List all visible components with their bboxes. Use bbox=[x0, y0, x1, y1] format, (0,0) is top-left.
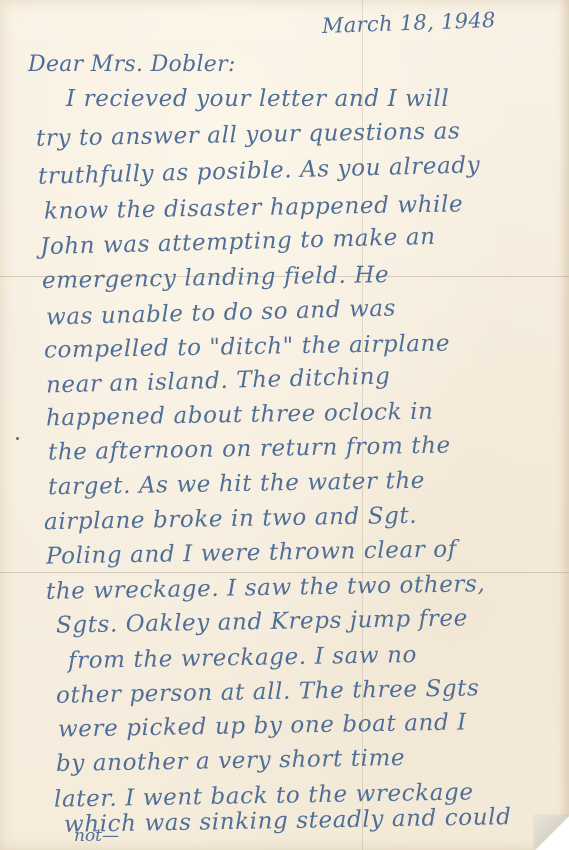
letter-line: know the disaster happened while bbox=[44, 191, 464, 224]
continuation-mark: not— bbox=[74, 826, 119, 846]
letter-line: truthfully as posible. As you already bbox=[38, 152, 481, 190]
letter-line: by another a very short time bbox=[56, 745, 406, 777]
letter-line: from the wreckage. I saw no bbox=[68, 642, 417, 674]
letter-line: airplane broke in two and Sgt. bbox=[44, 503, 418, 536]
letter-line: Poling and I were thrown clear of bbox=[46, 536, 457, 569]
letter-line: near an island. The ditching bbox=[46, 363, 391, 398]
letter-line: emergency landing field. He bbox=[42, 262, 390, 294]
letter-line: happened about three oclock in bbox=[46, 399, 434, 432]
letter-line: the afternoon on return from the bbox=[48, 432, 451, 465]
letter-line: try to answer all your questions as bbox=[36, 118, 461, 151]
letter-line: target. As we hit the water the bbox=[48, 468, 425, 501]
letter-line: other person at all. The three Sgts bbox=[56, 675, 480, 708]
letter-line: was unable to do so and was bbox=[46, 295, 397, 330]
letter-line: the wreckage. I saw the two others, bbox=[46, 571, 486, 605]
letter-line: Sgts. Oakley and Kreps jump free bbox=[56, 605, 468, 638]
letter-line: compelled to "ditch" the airplane bbox=[44, 330, 451, 363]
folded-corner-flap bbox=[535, 816, 569, 850]
letter-line: John was attempting to make an bbox=[40, 224, 436, 260]
letter-line: were picked up by one boat and I bbox=[58, 709, 467, 742]
letter-body: I recieved your letter and I will try to… bbox=[0, 0, 569, 850]
handwritten-letter-page: March 18, 1948 Dear Mrs. Dobler: I recie… bbox=[0, 0, 569, 850]
letter-line: I recieved your letter and I will bbox=[66, 86, 449, 112]
